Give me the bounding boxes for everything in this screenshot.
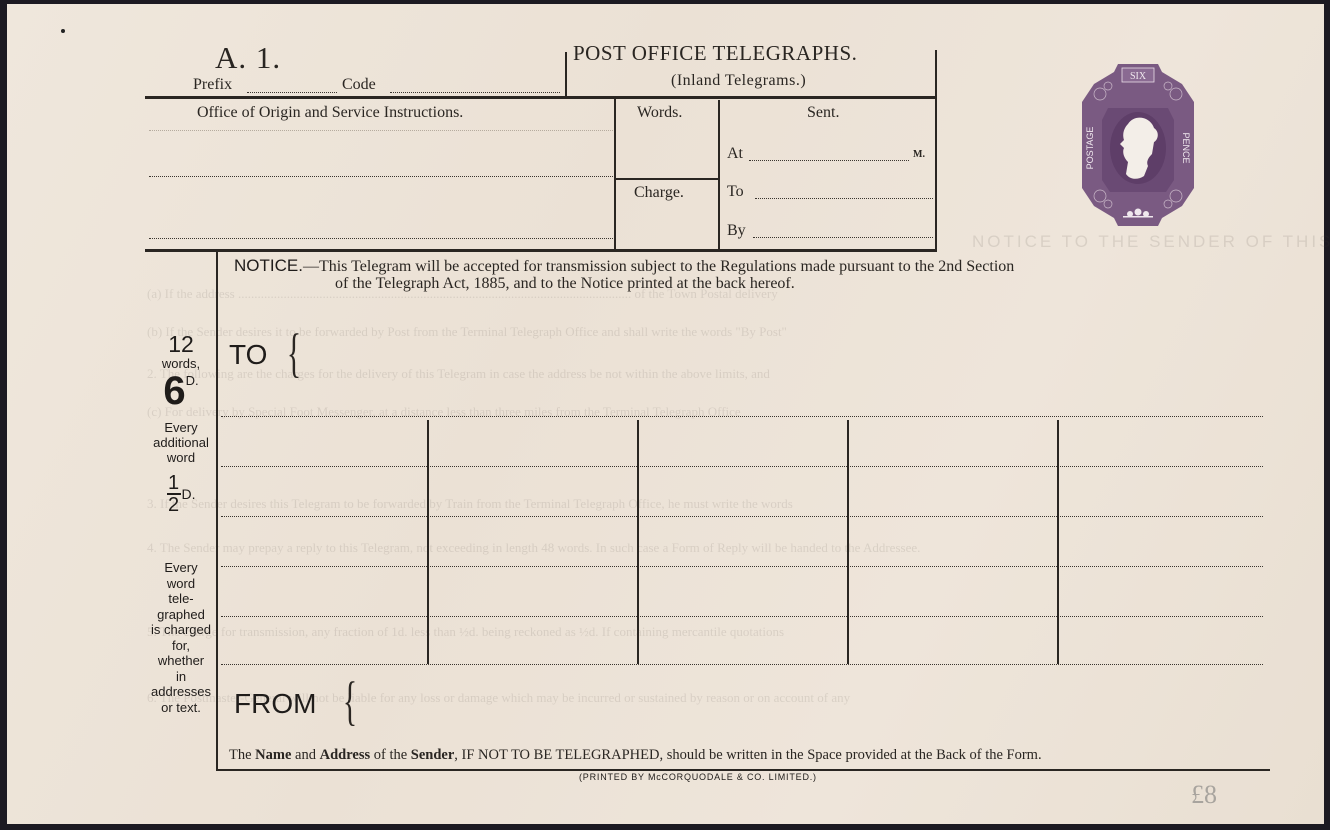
header-divider	[565, 52, 567, 98]
from-brace-icon: {	[343, 674, 357, 728]
to-label: To	[727, 183, 744, 201]
message-line-2[interactable]	[221, 466, 1263, 467]
svg-text:SIX: SIX	[1130, 71, 1147, 82]
top-rule	[145, 96, 937, 99]
at-field[interactable]	[749, 160, 909, 161]
office-line-2[interactable]	[149, 176, 613, 177]
prefix-field[interactable]	[247, 92, 337, 93]
rate-price: 6D.	[145, 371, 217, 420]
message-line-1[interactable]	[221, 416, 1263, 417]
message-line-6[interactable]	[221, 664, 1263, 665]
right-border	[935, 50, 937, 250]
bottom-rule	[216, 769, 1270, 771]
notice-line-2: of the Telegraph Act, 1885, and to the N…	[335, 275, 795, 293]
page-title: POST OFFICE TELEGRAPHS.	[573, 41, 857, 66]
to-address-label: TO	[229, 339, 267, 371]
by-label: By	[727, 222, 746, 240]
sender-note: The Name and Address of the Sender, IF N…	[229, 747, 1042, 764]
code-field[interactable]	[390, 92, 560, 93]
at-suffix: M.	[913, 149, 925, 160]
postage-stamp: SIX POSTAGE PENCE	[1078, 62, 1198, 228]
charge-note: Every word tele- graphed is charged for,…	[145, 560, 217, 715]
message-line-4[interactable]	[221, 566, 1263, 567]
queen-victoria-stamp-icon: SIX POSTAGE PENCE	[1078, 62, 1198, 228]
notice-line-1: —This Telegram will be accepted for tran…	[303, 258, 1014, 275]
message-column-divider	[1057, 420, 1059, 664]
sent-label: Sent.	[807, 104, 839, 122]
telegram-form: NOTICE TO THE SENDER OF THIS TELEGRAM (a…	[7, 4, 1324, 824]
office-line-1[interactable]	[149, 130, 613, 131]
form-number: A. 1.	[215, 40, 281, 76]
rate-word-label: word	[145, 450, 217, 465]
message-column-divider	[427, 420, 429, 664]
rate-every-label: Every	[145, 420, 217, 435]
words-divider-right	[718, 100, 720, 250]
pencil-mark: £8	[1191, 780, 1217, 810]
printer-credit: (PRINTED BY McCORQUODALE & CO. LIMITED.)	[579, 772, 817, 782]
show-through-text: (b) If the Sender desires it to be forwa…	[147, 324, 787, 340]
rate-half-penny: 1 2 D.	[145, 473, 217, 515]
show-through-text: (c) For delivery by Special Foot Messeng…	[147, 404, 741, 420]
rate-additional-label: additional	[145, 435, 217, 450]
notice-heading: NOTICE.	[234, 256, 303, 275]
header-bottom-rule	[145, 249, 937, 252]
rate-word-count: 12	[145, 332, 217, 356]
code-label: Code	[342, 76, 376, 94]
by-field[interactable]	[753, 237, 933, 238]
words-divider-left	[614, 98, 616, 250]
from-address-label: FROM	[234, 688, 316, 720]
paper-speck	[61, 29, 65, 33]
show-through-text: NOTICE TO THE SENDER OF THIS TELEGRAM	[972, 232, 1330, 252]
prefix-label: Prefix	[193, 76, 232, 94]
svg-text:POSTAGE: POSTAGE	[1085, 127, 1095, 170]
show-through-text: 3. If the Sender desires this Telegram t…	[147, 496, 793, 512]
message-line-3[interactable]	[221, 516, 1263, 517]
message-column-divider	[637, 420, 639, 664]
notice-text: NOTICE.—This Telegram will be accepted f…	[234, 256, 1014, 276]
show-through-text: 4. The Sender may prepay a reply to this…	[147, 540, 920, 556]
show-through-text: 5. The charge for transmission, any frac…	[147, 624, 784, 640]
charge-label: Charge.	[634, 184, 684, 202]
page-subtitle: (Inland Telegrams.)	[671, 72, 806, 90]
at-label: At	[727, 145, 743, 163]
message-line-5[interactable]	[221, 616, 1263, 617]
office-label: Office of Origin and Service Instruction…	[197, 104, 463, 122]
svg-text:PENCE: PENCE	[1181, 132, 1191, 163]
to-field[interactable]	[755, 198, 933, 199]
to-brace-icon: {	[287, 326, 301, 380]
words-charge-divider	[615, 178, 719, 180]
words-label: Words.	[637, 104, 682, 122]
message-column-divider	[847, 420, 849, 664]
office-line-3[interactable]	[149, 238, 613, 239]
rates-panel: 12 words, 6D. Every additional word 1 2 …	[145, 332, 217, 515]
